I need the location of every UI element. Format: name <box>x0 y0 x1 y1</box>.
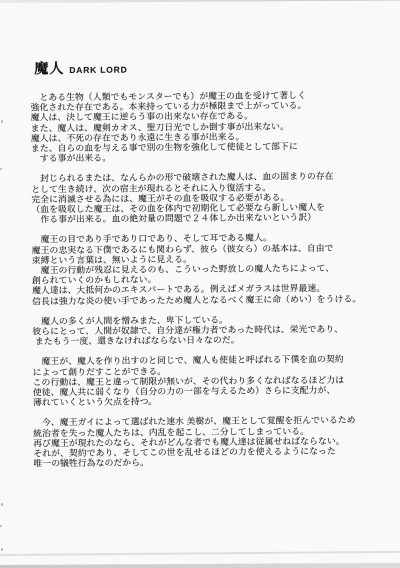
body-text: とある生物（人類でもモンスターでも）が魔王の血を受けて著しく強化された存在である… <box>30 90 383 479</box>
scan-speck <box>0 168 2 170</box>
title-kanji: 魔人 <box>34 60 64 76</box>
text-line: 唯一の犠牲行為なのだから。 <box>33 456 383 469</box>
paragraph: とある生物（人類でもモンスターでも）が魔王の血を受けて著しく強化された存在である… <box>30 90 381 164</box>
text-line: またもう一度、還きなければならない日々なのだ。 <box>32 334 382 347</box>
scan-speck <box>1 503 3 506</box>
scan-speck <box>1 120 3 123</box>
paragraph: 封じられるまたは、なんらかの形で破壊された魔人は、血の固まりの存在として生き続け… <box>31 171 381 225</box>
title-latin: DARK LORD <box>69 65 127 75</box>
paragraph: 魔王の目であり手であり口であり、そして耳である魔人。魔王の忠実なる下僕であるにも… <box>32 232 383 306</box>
scanned-page: 魔人DARK LORD とある生物（人類でもモンスターでも）が魔王の血を受けて著… <box>0 0 400 568</box>
page-content: 魔人DARK LORD とある生物（人類でもモンスターでも）が魔王の血を受けて著… <box>0 0 400 568</box>
page-title: 魔人DARK LORD <box>34 58 127 79</box>
scan-speck <box>1 548 3 551</box>
paragraph: 魔王が、魔人を作り出すのと同じで、魔人も使徒と呼ばれる下僕を血の契約によって創り… <box>33 354 383 408</box>
paragraph: 今、魔王ガイによって選ばれた速水 美樹が、魔王として覚醒を拒んでいるため統治者を… <box>33 415 383 469</box>
paragraph: 魔人の多くが人間を憎みまた、卑下している。彼らにとって、人間が奴隷で、自分達が権… <box>32 313 382 346</box>
text-line: 信長は強力な炎の使い手であったため魔人となるべく魔王に命（めい）をうける。 <box>32 293 382 306</box>
text-line: 薄れていくという欠点を持つ。 <box>33 395 383 408</box>
text-line: する事が出来る。 <box>31 151 381 164</box>
scan-speck <box>0 525 2 527</box>
text-line: 作る事が出来る。血の絶対量の問題で２４体しか出来ないという訳） <box>31 212 381 225</box>
